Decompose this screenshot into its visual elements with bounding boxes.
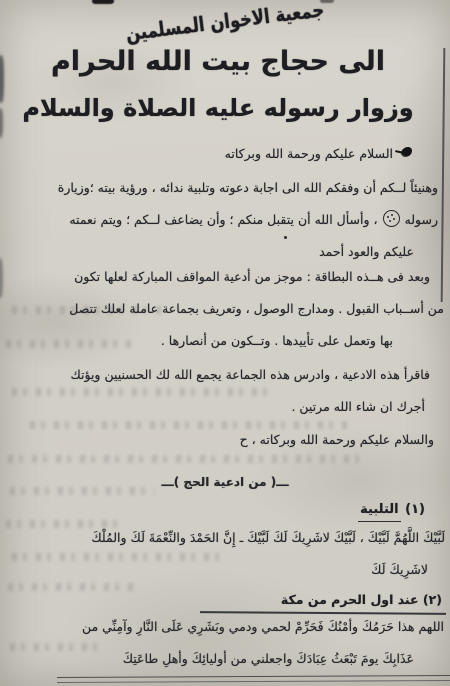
section-2-heading: (٢) عند اول الحرم من مكة (281, 590, 442, 610)
pbuh-seal-icon (383, 210, 400, 227)
section-1-heading: (١) التلبية (358, 500, 425, 522)
section-1-line-1: لَبَّيْكَ اللَّهُمَّ لَبَّيْكَ ، لَبَّيْ… (91, 528, 445, 548)
closing-salutation: والسلام عليكم ورحمة الله وبركاته ، ح (240, 430, 434, 450)
section-2-line-2: عَذَابِكَ يومَ تَبْعَثُ عِبَادَكَ واجعلن… (123, 649, 414, 669)
section-1-number: (١) (405, 502, 425, 517)
section-2-line-1: اللهم هذا حَرَمُكَ وأمْنُكَ فَحَرِّمْ لح… (82, 617, 444, 637)
bleed-through-ghost (12, 553, 222, 561)
bleed-through-ghost (12, 388, 267, 396)
bottom-double-rule (57, 675, 450, 683)
bleed-through-ghost (8, 455, 363, 463)
body-line-1: وبعد فى هــذه البطاقة : موجز من أدعية ال… (74, 267, 430, 287)
section-2-title: عند اول الحرم من مكة (281, 592, 419, 607)
scan-edge-smudge (0, 55, 4, 103)
scan-edge-mark (92, 0, 114, 4)
bleed-through-ghost (10, 643, 105, 651)
intro-line-3: عليكم والعود أحمد (319, 242, 414, 262)
bleed-through-ghost (6, 520, 126, 528)
section-1-line-2: لاشَرِيكَ لَكَ (371, 560, 428, 580)
intro-line-2: رسوله ، وأسأل الله أن يتقبل منكم ؛ وأن ي… (69, 210, 438, 230)
section-2-number: (٢) (423, 592, 442, 607)
intro-line-1: وهنيئاً لــكم أن وفقكم الله الى اجابة دع… (58, 178, 438, 198)
asterisk-mark-icon (402, 147, 412, 156)
body-line-2: من أســباب القبول . ومدارج الوصول ، وتعر… (69, 299, 444, 319)
bleed-through-ghost (8, 583, 138, 591)
intro-line-2-text: ، وأسأل الله أن يتقبل منكم ؛ وأن يضاعف ل… (69, 212, 377, 227)
bleed-through-ghost (10, 487, 155, 495)
scanned-pamphlet-page: جمعية الاخوان المسلمين الى حجاج بيت الله… (0, 0, 450, 686)
scan-edge-smudge (0, 108, 3, 138)
body-line-4: فاقرأ هذه الادعية ، وادرس هذه الجماعة يج… (70, 365, 430, 385)
greeting-line: السلام عليكم ورحمة الله وبركاته (225, 144, 393, 164)
bleed-through-ghost (30, 421, 350, 429)
ink-speck (284, 236, 287, 239)
body-line-3: بها وتعمل على تأييدها . وتــكون من أنصار… (161, 331, 393, 351)
section-divider: ـــ( من ادعية الحج )ـــ (161, 472, 288, 492)
body-line-5: أجرك ان شاء الله مرتين . (291, 397, 425, 417)
page-fold-line (441, 48, 446, 302)
section-2-underline (200, 611, 446, 615)
organization-calligraphy-mark: جمعية الاخوان المسلمين (125, 0, 326, 46)
section-1-title: التلبية (358, 500, 400, 522)
intro-line-2-text: رسوله (405, 212, 438, 227)
page-title-line1: الى حجاج بيت الله الحرام (51, 52, 385, 72)
page-title-line2: وزوار رسوله عليه الصلاة والسلام (22, 98, 413, 118)
bleed-through-ghost (6, 340, 131, 348)
scan-edge-smudge (0, 258, 3, 298)
